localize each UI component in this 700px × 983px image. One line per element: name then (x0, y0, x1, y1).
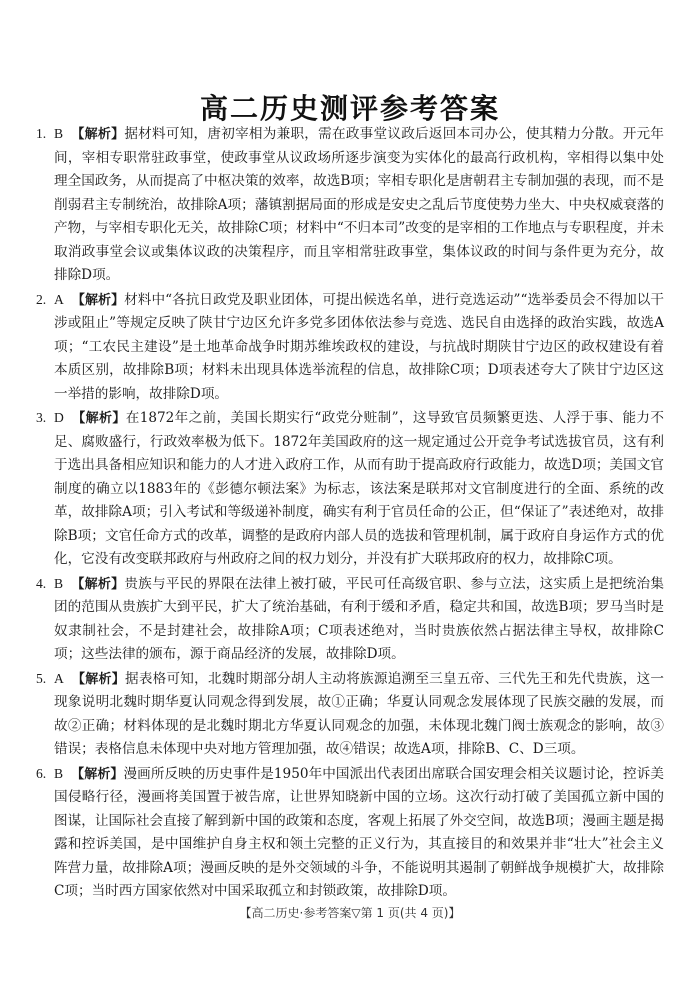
answer-text: 据材料可知，唐初宰相为兼职，需在政事堂议政后返回本司办公，使其精力分散。开元年间… (54, 126, 664, 283)
answer-choice: B (54, 576, 63, 591)
answer-item-6: 6.B【解析】漫画所反映的历史事件是1950年中国派出代表团出席联合国安理会相关… (36, 762, 664, 904)
answer-text: 材料中“各抗日政党及职业团体，可提出候选名单，进行竞选运动”“选举委员会不得加以… (54, 292, 664, 402)
answer-text: 贵族与平民的界限在法律上被打破，平民可任高级官职、参与立法，这实质上是把统治集团… (54, 576, 664, 663)
answer-number: 6. (36, 762, 54, 786)
answer-text: 在1872年之前，美国长期实行“政党分赃制”，这导致官员频繁更迭、人浮于事、能力… (54, 410, 664, 567)
answer-item-2: 2.A【解析】材料中“各抗日政党及职业团体，可提出候选名单，进行竞选运动”“选举… (36, 288, 664, 407)
analysis-tag: 【解析】 (71, 127, 124, 142)
answer-item-5: 5.A【解析】据表格可知，北魏时期部分胡人主动将族源追溯至三皇五帝、三代先王和先… (36, 667, 664, 762)
answer-choice: D (54, 410, 64, 425)
answer-text: 据表格可知，北魏时期部分胡人主动将族源追溯至三皇五帝、三代先王和先代贵族，这一现… (54, 671, 664, 758)
answer-list: 1.B【解析】据材料可知，唐初宰相为兼职，需在政事堂议政后返回本司办公，使其精力… (36, 122, 664, 904)
answer-item-3: 3.D【解析】在1872年之前，美国长期实行“政党分赃制”，这导致官员频繁更迭、… (36, 406, 664, 572)
answer-choice: A (54, 292, 64, 307)
analysis-tag: 【解析】 (71, 577, 124, 592)
answer-item-1: 1.B【解析】据材料可知，唐初宰相为兼职，需在政事堂议政后返回本司办公，使其精力… (36, 122, 664, 288)
answer-number: 2. (36, 288, 54, 312)
answer-choice: B (54, 766, 63, 781)
answer-item-4: 4.B【解析】贵族与平民的界限在法律上被打破，平民可任高级官职、参与立法，这实质… (36, 572, 664, 667)
answer-number: 1. (36, 122, 54, 146)
analysis-tag: 【解析】 (72, 672, 125, 687)
analysis-tag: 【解析】 (71, 767, 123, 782)
answer-choice: A (54, 671, 64, 686)
analysis-tag: 【解析】 (72, 293, 124, 308)
answer-number: 4. (36, 572, 54, 596)
page-footer: 【高二历史·参考答案▽第 1 页(共 4 页)】 (0, 904, 700, 921)
analysis-tag: 【解析】 (72, 411, 126, 426)
answer-number: 3. (36, 406, 54, 430)
answer-text: 漫画所反映的历史事件是1950年中国派出代表团出席联合国安理会相关议题讨论，控诉… (54, 766, 664, 900)
answer-number: 5. (36, 667, 54, 691)
answer-choice: B (54, 126, 63, 141)
